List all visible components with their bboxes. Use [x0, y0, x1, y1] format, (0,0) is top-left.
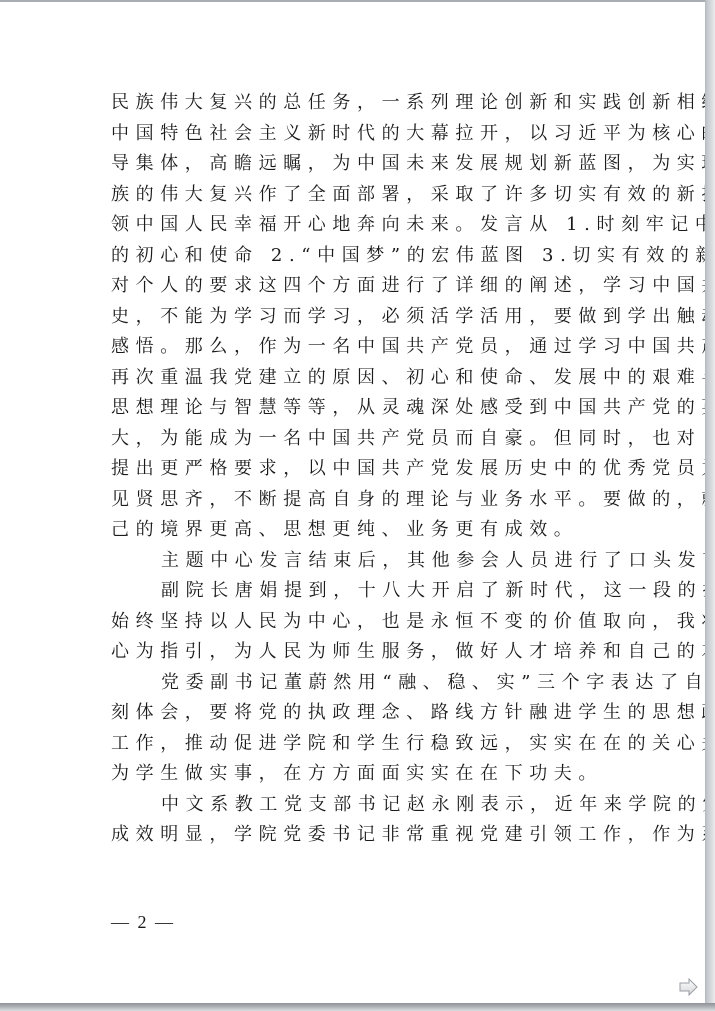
- text-line: 对个人的要求这四个方面进行了详细的阐述，学习中国共产党简: [111, 271, 616, 302]
- text-line: 心为指引，为人民为师生服务，做好人才培养和自己的本质工作。: [111, 637, 616, 668]
- body-text: 民族伟大复兴的总任务，一系列理论创新和实践创新相继展开，中国特色社会主义新时代的…: [111, 88, 616, 851]
- text-line: 刻体会，要将党的执政理念、路线方针融进学生的思想政治教育: [111, 698, 616, 729]
- document-viewer: 民族伟大复兴的总任务，一系列理论创新和实践创新相继展开，中国特色社会主义新时代的…: [0, 0, 715, 1011]
- text-line: 导集体，高瞻远瞩，为中国未来发展规划新蓝图，为实现中华民: [111, 149, 616, 180]
- text-line: 史，不能为学习而学习，必须活学活用，要做到学出触动灵魂的: [111, 302, 616, 333]
- text-line: 己的境界更高、思想更纯、业务更有成效。: [111, 515, 616, 546]
- text-line: 见贤思齐，不断提高自身的理论与业务水平。要做的，就是让自: [111, 485, 616, 516]
- text-line: 副院长唐娟提到，十八大开启了新时代，这一段的执政方针: [111, 576, 616, 607]
- text-line: 为学生做实事，在方方面面实实在在下功夫。: [111, 759, 616, 790]
- text-line: 始终坚持以人民为中心，也是永恒不变的价值取向，我将以此中: [111, 607, 616, 638]
- text-line: 提出更严格要求，以中国共产党发展历史中的优秀党员为楷模，: [111, 454, 616, 485]
- page-shadow-bottom: [0, 1003, 715, 1011]
- document-page: 民族伟大复兴的总任务，一系列理论创新和实践创新相继展开，中国特色社会主义新时代的…: [0, 2, 705, 1003]
- text-line: 中国特色社会主义新时代的大幕拉开，以习近平为核心的中央领: [111, 119, 616, 150]
- right-arrow-icon[interactable]: [679, 978, 699, 996]
- text-line: 党委副书记董蔚然用“融、稳、实”三个字表达了自己的深: [111, 668, 616, 699]
- text-line: 领中国人民幸福开心地奔向未来。发言从 1.时刻牢记中国共产党: [111, 210, 616, 241]
- text-line: 大，为能成为一名中国共产党员而自豪。但同时，也对自身个人: [111, 424, 616, 455]
- text-line: 工作，推动促进学院和学生行稳致远，实实在在的关心关爱学生: [111, 729, 616, 760]
- text-line: 中文系教工党支部书记赵永刚表示，近年来学院的党建工作: [111, 790, 616, 821]
- text-line: 的初心和使命 2.“中国梦”的宏伟蓝图 3.切实有效的新举措 4.: [111, 241, 616, 272]
- text-line: 再次重温我党建立的原因、初心和使命、发展中的艰难与曲折、: [111, 363, 616, 394]
- text-line: 族的伟大复兴作了全面部署，采取了许多切实有效的新措施，带: [111, 180, 616, 211]
- page-number: — 2 —: [111, 912, 175, 933]
- text-line: 成效明显，学院党委书记非常重视党建引领工作，作为系主任和: [111, 820, 616, 851]
- text-line: 主题中心发言结束后，其他参会人员进行了口头发言。: [111, 546, 616, 577]
- text-line: 感悟。那么，作为一名中国共产党员，通过学习中国共产党简史，: [111, 332, 616, 363]
- text-line: 民族伟大复兴的总任务，一系列理论创新和实践创新相继展开，: [111, 88, 616, 119]
- page-shadow-right: [705, 0, 715, 1011]
- text-line: 思想理论与智慧等等，从灵魂深处感受到中国共产党的英明与伟: [111, 393, 616, 424]
